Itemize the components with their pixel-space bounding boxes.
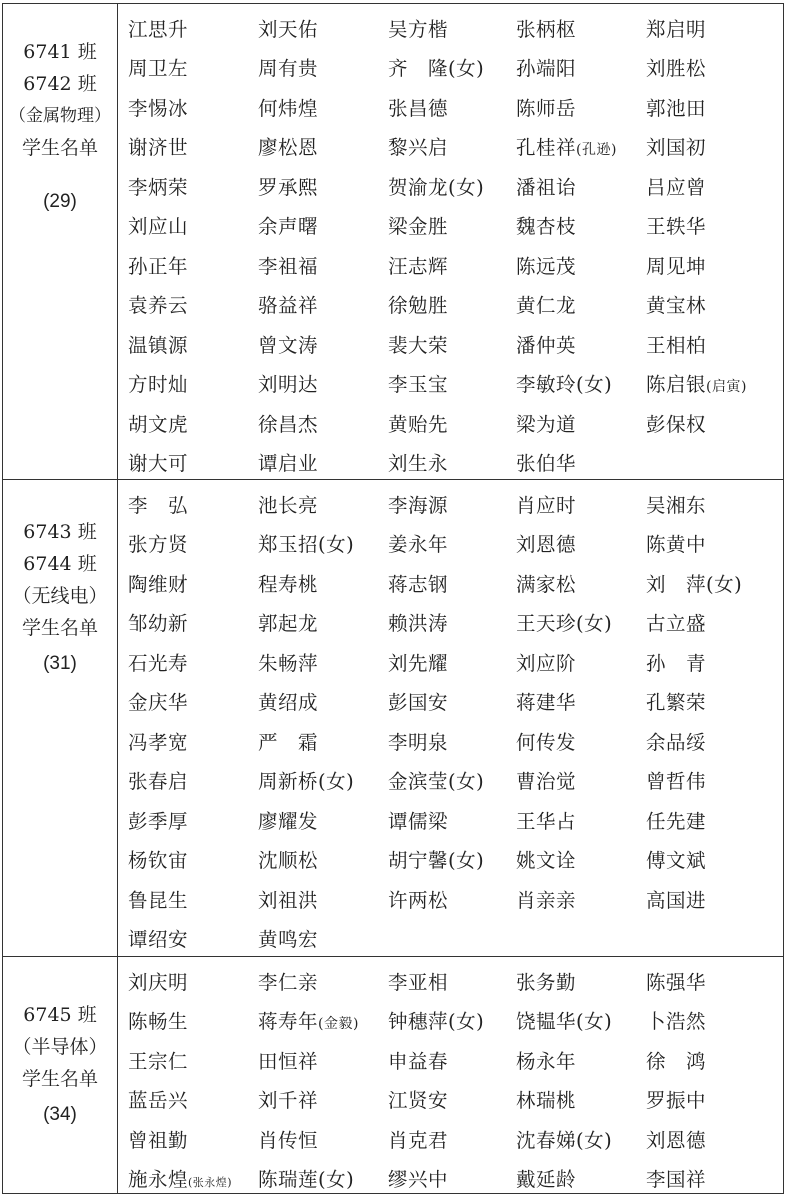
alias-note: (孔逊) [576, 142, 617, 158]
student-name: 肖亲亲 [516, 885, 646, 913]
student-name: 陈启银(启寅) [646, 369, 786, 397]
student-name: 邹幼新 [128, 608, 258, 636]
name-row: 谢济世廖松恩黎兴启孔桂祥(孔逊)刘国初 [128, 127, 786, 167]
student-name: 沈顺松 [258, 845, 388, 873]
name-row: 刘庆明李仁亲李亚相张务勤陈强华 [128, 961, 786, 1001]
student-name: 袁养云 [128, 290, 258, 318]
student-name: 李仁亲 [258, 967, 388, 995]
student-name: 罗承熙 [258, 172, 388, 200]
student-name: 张伯华 [516, 448, 646, 476]
student-name: 黄绍成 [258, 687, 388, 715]
student-name: 蒋寿年(金毅) [258, 1006, 388, 1034]
class-number: 6743 班 [23, 516, 96, 548]
student-name: 满家松 [516, 569, 646, 597]
student-name: 刘恩德 [646, 1125, 786, 1153]
student-name: 裴大荣 [388, 330, 516, 358]
name-row: 李炳荣罗承熙贺渝龙(女)潘祖诒吕应曾 [128, 166, 786, 206]
student-name: 汪志辉 [388, 251, 516, 279]
student-name: 陈师岳 [516, 93, 646, 121]
student-name: 李国祥 [646, 1164, 786, 1192]
student-name: 卜浩然 [646, 1006, 786, 1034]
student-name: 严 霜 [258, 727, 388, 755]
student-name: 戴延龄 [516, 1164, 646, 1192]
student-name: 吴湘东 [646, 490, 786, 518]
student-name: 周新桥(女) [258, 766, 388, 794]
student-name: 程寿桃 [258, 569, 388, 597]
class-major: （无线电） [12, 580, 107, 612]
student-name: 刘胜松 [646, 53, 786, 81]
student-name: 李惕冰 [128, 93, 258, 121]
student-name: 许两松 [388, 885, 516, 913]
student-name: 朱畅萍 [258, 648, 388, 676]
name-row: 孙正年李祖福汪志辉陈远茂周见坤 [128, 245, 786, 285]
student-name: 张昌德 [388, 93, 516, 121]
student-name: 彭季厚 [128, 806, 258, 834]
name-row: 王宗仁田恒祥申益春杨永年徐 鸿 [128, 1040, 786, 1080]
name-row: 施永煌(张永煌)陈瑞莲(女)缪兴中戴延龄李国祥 [128, 1159, 786, 1195]
student-name: 曾祖勤 [128, 1125, 258, 1153]
student-name: 徐昌杰 [258, 409, 388, 437]
class-number: 6745 班 [23, 999, 96, 1031]
class-title: 学生名单 [22, 612, 98, 644]
student-name: 曾文涛 [258, 330, 388, 358]
name-row: 杨钦宙沈顺松胡宁馨(女)姚文诠傅文斌 [128, 840, 786, 880]
student-name: 蓝岳兴 [128, 1085, 258, 1113]
student-name: 张春启 [128, 766, 258, 794]
student-name: 肖传恒 [258, 1125, 388, 1153]
student-name: 陈瑞莲(女) [258, 1164, 388, 1192]
class-label-cell: 6743 班 6744 班 （无线电） 学生名单 (31) [3, 480, 118, 956]
class-title: 学生名单 [22, 1063, 98, 1095]
student-name: 肖克君 [388, 1125, 516, 1153]
student-name: 王相柏 [646, 330, 786, 358]
student-name: 缪兴中 [388, 1164, 516, 1192]
student-name: 刘应阶 [516, 648, 646, 676]
roster-section-6745: 6745 班 （半导体） 学生名单 (34) 刘庆明李仁亲李亚相张务勤陈强华陈畅… [3, 957, 783, 1193]
name-row: 蓝岳兴刘千祥江贤安林瑞桃罗振中 [128, 1080, 786, 1120]
student-name: 曾哲伟 [646, 766, 786, 794]
student-name: 廖耀发 [258, 806, 388, 834]
student-name: 潘祖诒 [516, 172, 646, 200]
student-name: 何炜煌 [258, 93, 388, 121]
student-name: 肖应时 [516, 490, 646, 518]
student-count: (31) [43, 648, 77, 680]
student-name: 王华占 [516, 806, 646, 834]
student-name: 姚文诠 [516, 845, 646, 873]
name-row: 刘应山余声曙梁金胜魏杏枝王轶华 [128, 206, 786, 246]
student-name: 高国进 [646, 885, 786, 913]
student-count: (29) [43, 186, 77, 218]
student-name: 魏杏枝 [516, 211, 646, 239]
student-name: 林瑞桃 [516, 1085, 646, 1113]
student-name: 胡文虎 [128, 409, 258, 437]
name-row: 陶维财程寿桃蒋志钢满家松刘 萍(女) [128, 563, 786, 603]
student-name: 廖松恩 [258, 132, 388, 160]
student-name: 骆益祥 [258, 290, 388, 318]
student-name: 饶韫华(女) [516, 1006, 646, 1034]
class-title: 学生名单 [22, 132, 98, 164]
name-row: 张春启周新桥(女)金滨莹(女)曹治觉曾哲伟 [128, 761, 786, 801]
student-name: 杨永年 [516, 1046, 646, 1074]
student-name: 刘明达 [258, 369, 388, 397]
name-row: 金庆华黄绍成彭国安蒋建华孔繁荣 [128, 682, 786, 722]
student-name: 蒋建华 [516, 687, 646, 715]
name-row: 曾祖勤肖传恒肖克君沈春娣(女)刘恩德 [128, 1119, 786, 1159]
student-name: 郭池田 [646, 93, 786, 121]
student-name: 吕应曾 [646, 172, 786, 200]
student-name: 温镇源 [128, 330, 258, 358]
student-name: 刘天佑 [258, 14, 388, 42]
student-name: 谢大可 [128, 448, 258, 476]
student-name: 谭启业 [258, 448, 388, 476]
student-name: 谢济世 [128, 132, 258, 160]
name-row: 彭季厚廖耀发谭儒梁王华占任先建 [128, 800, 786, 840]
name-row: 谭绍安黄鸣宏 [128, 919, 786, 959]
student-name: 石光寿 [128, 648, 258, 676]
student-name: 齐 隆(女) [388, 53, 516, 81]
student-name: 陈畅生 [128, 1006, 258, 1034]
student-name: 张方贤 [128, 529, 258, 557]
student-name: 陈黄中 [646, 529, 786, 557]
student-name: 李明泉 [388, 727, 516, 755]
student-name: 孔桂祥(孔逊) [516, 132, 646, 160]
student-name: 刘庆明 [128, 967, 258, 995]
class-major: （金属物理） [9, 100, 111, 132]
student-name: 周有贵 [258, 53, 388, 81]
student-name: 李亚相 [388, 967, 516, 995]
student-name: 王宗仁 [128, 1046, 258, 1074]
student-name: 郑玉招(女) [258, 529, 388, 557]
student-name: 古立盛 [646, 608, 786, 636]
student-name: 蒋志钢 [388, 569, 516, 597]
alias-note: (张永煌) [188, 1176, 232, 1189]
name-row: 冯孝宽严 霜李明泉何传发余品绥 [128, 721, 786, 761]
name-row: 周卫左周有贵齐 隆(女)孙端阳刘胜松 [128, 48, 786, 88]
roster-section-6741-6742: 6741 班 6742 班 （金属物理） 学生名单 (29) 江思升刘天佑吴方楷… [3, 4, 783, 480]
name-row: 方时灿刘明达李玉宝李敏玲(女)陈启银(启寅) [128, 364, 786, 404]
name-row: 石光寿朱畅萍刘先耀刘应阶孙 青 [128, 642, 786, 682]
class-label-cell: 6745 班 （半导体） 学生名单 (34) [3, 957, 118, 1193]
student-name: 江贤安 [388, 1085, 516, 1113]
name-row: 陈畅生蒋寿年(金毅)钟穗萍(女)饶韫华(女)卜浩然 [128, 1001, 786, 1041]
student-name: 陶维财 [128, 569, 258, 597]
student-name: 余声曙 [258, 211, 388, 239]
student-name: 沈春娣(女) [516, 1125, 646, 1153]
class-number: 6741 班 [23, 36, 96, 68]
name-row: 邹幼新郭起龙赖洪涛王天珍(女)古立盛 [128, 603, 786, 643]
student-name: 赖洪涛 [388, 608, 516, 636]
student-name: 黄仁龙 [516, 290, 646, 318]
student-name: 刘 萍(女) [646, 569, 786, 597]
student-name: 方时灿 [128, 369, 258, 397]
student-name: 张柄枢 [516, 14, 646, 42]
student-name: 曹治觉 [516, 766, 646, 794]
student-name: 鲁昆生 [128, 885, 258, 913]
student-name: 申益春 [388, 1046, 516, 1074]
name-row: 鲁昆生刘祖洪许两松肖亲亲高国进 [128, 879, 786, 919]
class-number: 6742 班 [23, 68, 96, 100]
student-name: 陈强华 [646, 967, 786, 995]
student-name: 刘生永 [388, 448, 516, 476]
student-name: 李 弘 [128, 490, 258, 518]
roster-section-6743-6744: 6743 班 6744 班 （无线电） 学生名单 (31) 李 弘池长亮李海源肖… [3, 480, 783, 957]
student-name: 何传发 [516, 727, 646, 755]
student-name: 罗振中 [646, 1085, 786, 1113]
student-name: 谭儒梁 [388, 806, 516, 834]
student-name: 金滨莹(女) [388, 766, 516, 794]
student-name: 江思升 [128, 14, 258, 42]
student-name: 孙 青 [646, 648, 786, 676]
alias-note: (启寅) [706, 379, 747, 395]
name-row: 李 弘池长亮李海源肖应时吴湘东 [128, 484, 786, 524]
student-name: 李炳荣 [128, 172, 258, 200]
student-name: 贺渝龙(女) [388, 172, 516, 200]
name-row: 张方贤郑玉招(女)姜永年刘恩德陈黄中 [128, 524, 786, 564]
student-name: 施永煌(张永煌) [128, 1164, 258, 1192]
student-name: 周卫左 [128, 53, 258, 81]
student-name: 钟穗萍(女) [388, 1006, 516, 1034]
student-name: 梁为道 [516, 409, 646, 437]
class-major: （半导体） [12, 1031, 107, 1063]
student-name: 孔繁荣 [646, 687, 786, 715]
class-number: 6744 班 [23, 548, 96, 580]
student-name: 黎兴启 [388, 132, 516, 160]
student-name: 陈远茂 [516, 251, 646, 279]
student-name: 冯孝宽 [128, 727, 258, 755]
student-name: 周见坤 [646, 251, 786, 279]
student-name: 胡宁馨(女) [388, 845, 516, 873]
name-row: 温镇源曾文涛裴大荣潘仲英王相柏 [128, 324, 786, 364]
student-count: (34) [43, 1099, 77, 1131]
student-name: 余品绥 [646, 727, 786, 755]
student-name: 郑启明 [646, 14, 786, 42]
student-name: 刘恩德 [516, 529, 646, 557]
name-row: 袁养云骆益祥徐勉胜黄仁龙黄宝林 [128, 285, 786, 325]
student-roster-table: 6741 班 6742 班 （金属物理） 学生名单 (29) 江思升刘天佑吴方楷… [2, 3, 784, 1194]
student-name: 傅文斌 [646, 845, 786, 873]
name-row: 江思升刘天佑吴方楷张柄枢郑启明 [128, 8, 786, 48]
student-name: 李祖福 [258, 251, 388, 279]
student-name: 彭保权 [646, 409, 786, 437]
student-name: 孙正年 [128, 251, 258, 279]
student-name: 谭绍安 [128, 924, 258, 952]
student-name: 池长亮 [258, 490, 388, 518]
student-name: 黄鸣宏 [258, 924, 388, 952]
name-row: 李惕冰何炜煌张昌德陈师岳郭池田 [128, 87, 786, 127]
class-label-cell: 6741 班 6742 班 （金属物理） 学生名单 (29) [3, 4, 118, 479]
student-name: 姜永年 [388, 529, 516, 557]
names-grid: 江思升刘天佑吴方楷张柄枢郑启明周卫左周有贵齐 隆(女)孙端阳刘胜松李惕冰何炜煌张… [118, 4, 786, 479]
student-name: 刘祖洪 [258, 885, 388, 913]
student-name: 刘先耀 [388, 648, 516, 676]
student-name: 王轶华 [646, 211, 786, 239]
student-name: 李敏玲(女) [516, 369, 646, 397]
student-name: 李玉宝 [388, 369, 516, 397]
student-name: 黄贻先 [388, 409, 516, 437]
student-name: 梁金胜 [388, 211, 516, 239]
student-name: 刘千祥 [258, 1085, 388, 1113]
student-name: 徐勉胜 [388, 290, 516, 318]
name-row: 胡文虎徐昌杰黄贻先梁为道彭保权 [128, 403, 786, 443]
student-name: 李海源 [388, 490, 516, 518]
student-name: 刘国初 [646, 132, 786, 160]
student-name: 黄宝林 [646, 290, 786, 318]
name-row: 谢大可谭启业刘生永张伯华 [128, 443, 786, 483]
student-name: 彭国安 [388, 687, 516, 715]
student-name: 吴方楷 [388, 14, 516, 42]
student-name: 徐 鸿 [646, 1046, 786, 1074]
student-name: 孙端阳 [516, 53, 646, 81]
student-name: 刘应山 [128, 211, 258, 239]
student-name: 金庆华 [128, 687, 258, 715]
student-name: 任先建 [646, 806, 786, 834]
student-name: 潘仲英 [516, 330, 646, 358]
student-name: 郭起龙 [258, 608, 388, 636]
student-name: 王天珍(女) [516, 608, 646, 636]
student-name: 田恒祥 [258, 1046, 388, 1074]
alias-note: (金毅) [318, 1016, 359, 1032]
names-grid: 李 弘池长亮李海源肖应时吴湘东张方贤郑玉招(女)姜永年刘恩德陈黄中陶维财程寿桃蒋… [118, 480, 786, 956]
names-grid: 刘庆明李仁亲李亚相张务勤陈强华陈畅生蒋寿年(金毅)钟穗萍(女)饶韫华(女)卜浩然… [118, 957, 786, 1193]
student-name: 杨钦宙 [128, 845, 258, 873]
student-name: 张务勤 [516, 967, 646, 995]
